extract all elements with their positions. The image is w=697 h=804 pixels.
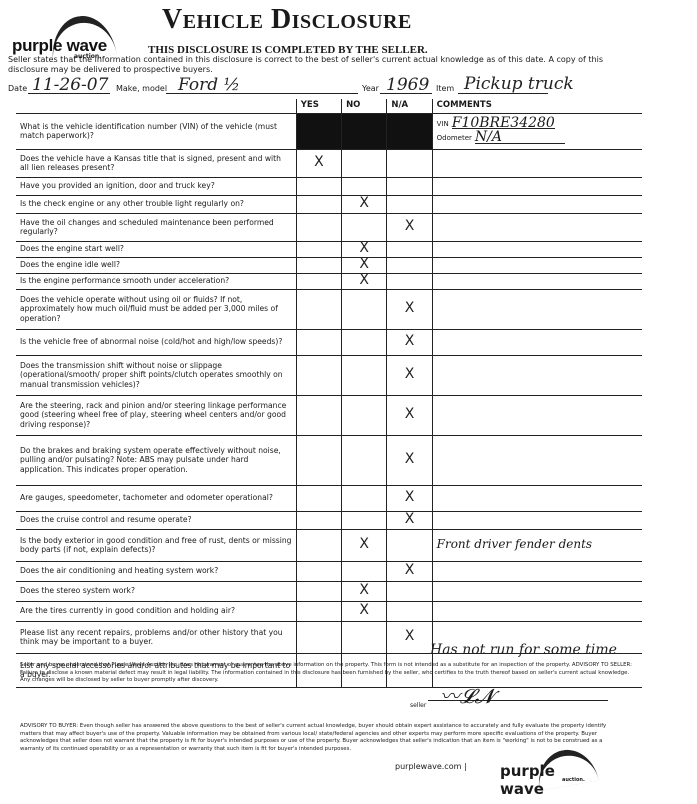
checkbox-yes[interactable] <box>296 213 341 241</box>
question-text: Is the body exterior in good condition a… <box>16 529 296 561</box>
question-text: Does the vehicle have a Kansas title tha… <box>16 149 296 177</box>
footer-separator: | <box>464 762 467 771</box>
checkbox-no[interactable] <box>342 329 387 355</box>
page-title: Vehicle Disclosure <box>162 4 412 36</box>
comment-field[interactable] <box>432 177 642 195</box>
comment-field[interactable] <box>432 329 642 355</box>
checkbox-na[interactable]: X <box>387 511 432 529</box>
accessories-comment: Has not run for some time <box>430 642 617 658</box>
checkbox-na[interactable]: X <box>387 561 432 581</box>
date-label: Date <box>8 84 27 93</box>
purple-wave-logo: purple wave auction. <box>12 16 117 60</box>
table-row: Does the stereo system work?X <box>16 581 642 601</box>
question-text: Does the stereo system work? <box>16 581 296 601</box>
checkbox-yes[interactable] <box>296 177 341 195</box>
col-na: N/A <box>387 99 432 113</box>
question-text: Have you provided an ignition, door and … <box>16 177 296 195</box>
comment-field[interactable] <box>432 149 642 177</box>
comment-field[interactable] <box>432 355 642 395</box>
checkbox-yes[interactable]: X <box>296 149 341 177</box>
checkbox-yes[interactable] <box>296 355 341 395</box>
checkbox-yes[interactable] <box>296 195 341 213</box>
checkbox-na[interactable]: X <box>387 621 432 653</box>
question-text: Please list any recent repairs, problems… <box>16 621 296 653</box>
checkbox-na[interactable] <box>387 529 432 561</box>
checkbox-no[interactable]: X <box>342 241 387 257</box>
checkbox-no[interactable] <box>342 435 387 485</box>
make-model-field[interactable]: Ford ½ <box>178 75 240 95</box>
vehicle-info-row: Date 11-26-07 Make, model Ford ½ Year 19… <box>8 75 688 95</box>
checkbox-yes[interactable] <box>296 485 341 511</box>
checkbox-no[interactable] <box>342 561 387 581</box>
make-label: Make, model <box>116 84 167 93</box>
checkbox-yes[interactable] <box>296 621 341 653</box>
date-field[interactable]: 11-26-07 <box>32 75 108 95</box>
checkbox-no[interactable]: X <box>342 529 387 561</box>
question-text: Are the steering, rack and pinion and/or… <box>16 395 296 435</box>
footer-logo-sub: auction. <box>562 777 585 783</box>
table-row: Does the vehicle operate without using o… <box>16 289 642 329</box>
table-row: Is the body exterior in good condition a… <box>16 529 642 561</box>
table-row: Have the oil changes and scheduled maint… <box>16 213 642 241</box>
col-no: NO <box>342 99 387 113</box>
checkbox-na[interactable]: X <box>387 289 432 329</box>
checkbox-no[interactable] <box>342 289 387 329</box>
checkbox-no[interactable]: X <box>342 601 387 621</box>
table-row: Does the transmission shift without nois… <box>16 355 642 395</box>
year-field[interactable]: 1969 <box>386 75 429 95</box>
table-row: Do the brakes and braking system operate… <box>16 435 642 485</box>
table-row: Have you provided an ignition, door and … <box>16 177 642 195</box>
checkbox-yes[interactable] <box>296 395 341 435</box>
question-text: Does the engine idle well? <box>16 257 296 273</box>
comment-field[interactable] <box>432 561 642 581</box>
comment-field[interactable] <box>432 601 642 621</box>
checkbox-yes[interactable] <box>296 581 341 601</box>
table-row: Is the vehicle free of abnormal noise (c… <box>16 329 642 355</box>
checkbox-na[interactable]: X <box>387 329 432 355</box>
checkbox-no[interactable] <box>342 355 387 395</box>
odometer-label: Odometer <box>437 134 472 144</box>
checkbox-yes[interactable] <box>296 257 341 273</box>
table-row: Does the air conditioning and heating sy… <box>16 561 642 581</box>
table-row: Are the tires currently in good conditio… <box>16 601 642 621</box>
checkbox-no[interactable]: X <box>342 257 387 273</box>
vin-label: VIN <box>437 120 449 130</box>
footer: purplewave.com | <box>395 762 467 771</box>
checkbox-na[interactable] <box>387 581 432 601</box>
comment-field[interactable] <box>432 395 642 435</box>
vin-odometer-cell: VINF10BRE34280OdometerN/A <box>432 113 642 149</box>
checkbox-na[interactable]: X <box>387 485 432 511</box>
blocked-cell <box>342 113 387 149</box>
table-row: Does the vehicle have a Kansas title tha… <box>16 149 642 177</box>
checkbox-no[interactable] <box>342 149 387 177</box>
checkbox-no[interactable] <box>342 511 387 529</box>
vin-field[interactable]: F10BRE34280 <box>452 119 555 130</box>
checkbox-na[interactable]: X <box>387 213 432 241</box>
intro-text: Seller states that the information conta… <box>8 55 638 75</box>
checkbox-yes[interactable] <box>296 561 341 581</box>
col-yes: YES <box>296 99 341 113</box>
item-field[interactable]: Pickup truck <box>464 74 574 94</box>
checkbox-no[interactable]: X <box>342 581 387 601</box>
table-row: Are gauges, speedometer, tachometer and … <box>16 485 642 511</box>
col-comments: COMMENTS <box>432 99 642 113</box>
odometer-field[interactable]: N/A <box>475 133 565 144</box>
blocked-cell <box>296 113 341 149</box>
checkbox-yes[interactable] <box>296 329 341 355</box>
question-text: Does the transmission shift without nois… <box>16 355 296 395</box>
table-row: Is the check engine or any other trouble… <box>16 195 642 213</box>
blocked-cell <box>387 113 432 149</box>
checkbox-yes[interactable] <box>296 529 341 561</box>
question-text: Are the tires currently in good conditio… <box>16 601 296 621</box>
checkbox-na[interactable] <box>387 241 432 257</box>
footer-logo: purple wave auction. <box>488 750 598 790</box>
checkbox-yes[interactable] <box>296 435 341 485</box>
comment-field[interactable] <box>432 273 642 289</box>
checkbox-no[interactable] <box>342 177 387 195</box>
checkbox-no[interactable] <box>342 621 387 653</box>
question-text: Is the check engine or any other trouble… <box>16 195 296 213</box>
comment-field[interactable] <box>432 257 642 273</box>
checkbox-na[interactable] <box>387 195 432 213</box>
year-label: Year <box>362 84 379 93</box>
table-row: Does the engine start well?X <box>16 241 642 257</box>
checkbox-na[interactable] <box>387 601 432 621</box>
checkbox-yes[interactable] <box>296 241 341 257</box>
table-row: Does the cruise control and resume opera… <box>16 511 642 529</box>
disclaimer-text: Seller and buyer understand that Purple … <box>20 662 640 685</box>
checkbox-na[interactable] <box>387 149 432 177</box>
checkbox-no[interactable] <box>342 485 387 511</box>
checkbox-na[interactable]: X <box>387 395 432 435</box>
question-text: Does the air conditioning and heating sy… <box>16 561 296 581</box>
comment-field[interactable] <box>432 289 642 329</box>
comment-field[interactable] <box>432 435 642 485</box>
table-row: Are the steering, rack and pinion and/or… <box>16 395 642 435</box>
checkbox-na[interactable] <box>387 177 432 195</box>
checkbox-na[interactable]: X <box>387 435 432 485</box>
checkbox-yes[interactable] <box>296 601 341 621</box>
checkbox-no[interactable]: X <box>342 195 387 213</box>
question-text: Have the oil changes and scheduled maint… <box>16 213 296 241</box>
checkbox-yes[interactable] <box>296 273 341 289</box>
question-text: Is the engine performance smooth under a… <box>16 273 296 289</box>
advisory-text: ADVISORY TO BUYER: Even though seller ha… <box>20 723 620 753</box>
question-text: Does the engine start well? <box>16 241 296 257</box>
question-text: Do the brakes and braking system operate… <box>16 435 296 485</box>
disclosure-table: YES NO N/A COMMENTS What is the vehicle … <box>16 99 642 688</box>
checkbox-no[interactable] <box>342 395 387 435</box>
question-text: Does the cruise control and resume opera… <box>16 511 296 529</box>
comment-field[interactable] <box>432 485 642 511</box>
item-label: Item <box>436 84 454 93</box>
checkbox-no[interactable]: X <box>342 273 387 289</box>
question-text: Are gauges, speedometer, tachometer and … <box>16 485 296 511</box>
question-text: What is the vehicle identification numbe… <box>16 113 296 149</box>
seller-label: seller <box>410 702 426 709</box>
comment-field[interactable] <box>432 241 642 257</box>
question-text: Does the vehicle operate without using o… <box>16 289 296 329</box>
comment-field[interactable] <box>432 195 642 213</box>
table-row: What is the vehicle identification numbe… <box>16 113 642 149</box>
seller-signature: 〰𝓛𝓝 <box>440 680 494 709</box>
comment-field[interactable] <box>432 213 642 241</box>
table-row: Is the engine performance smooth under a… <box>16 273 642 289</box>
checkbox-no[interactable] <box>342 213 387 241</box>
question-text: Is the vehicle free of abnormal noise (c… <box>16 329 296 355</box>
comment-field[interactable] <box>432 581 642 601</box>
checkbox-yes[interactable] <box>296 289 341 329</box>
footer-url[interactable]: purplewave.com <box>395 762 461 771</box>
comment-field[interactable]: Front driver fender dents <box>432 529 642 561</box>
comment-field[interactable] <box>432 511 642 529</box>
checkbox-na[interactable] <box>387 257 432 273</box>
table-row: Does the engine idle well?X <box>16 257 642 273</box>
checkbox-na[interactable]: X <box>387 355 432 395</box>
checkbox-yes[interactable] <box>296 511 341 529</box>
checkbox-na[interactable] <box>387 273 432 289</box>
